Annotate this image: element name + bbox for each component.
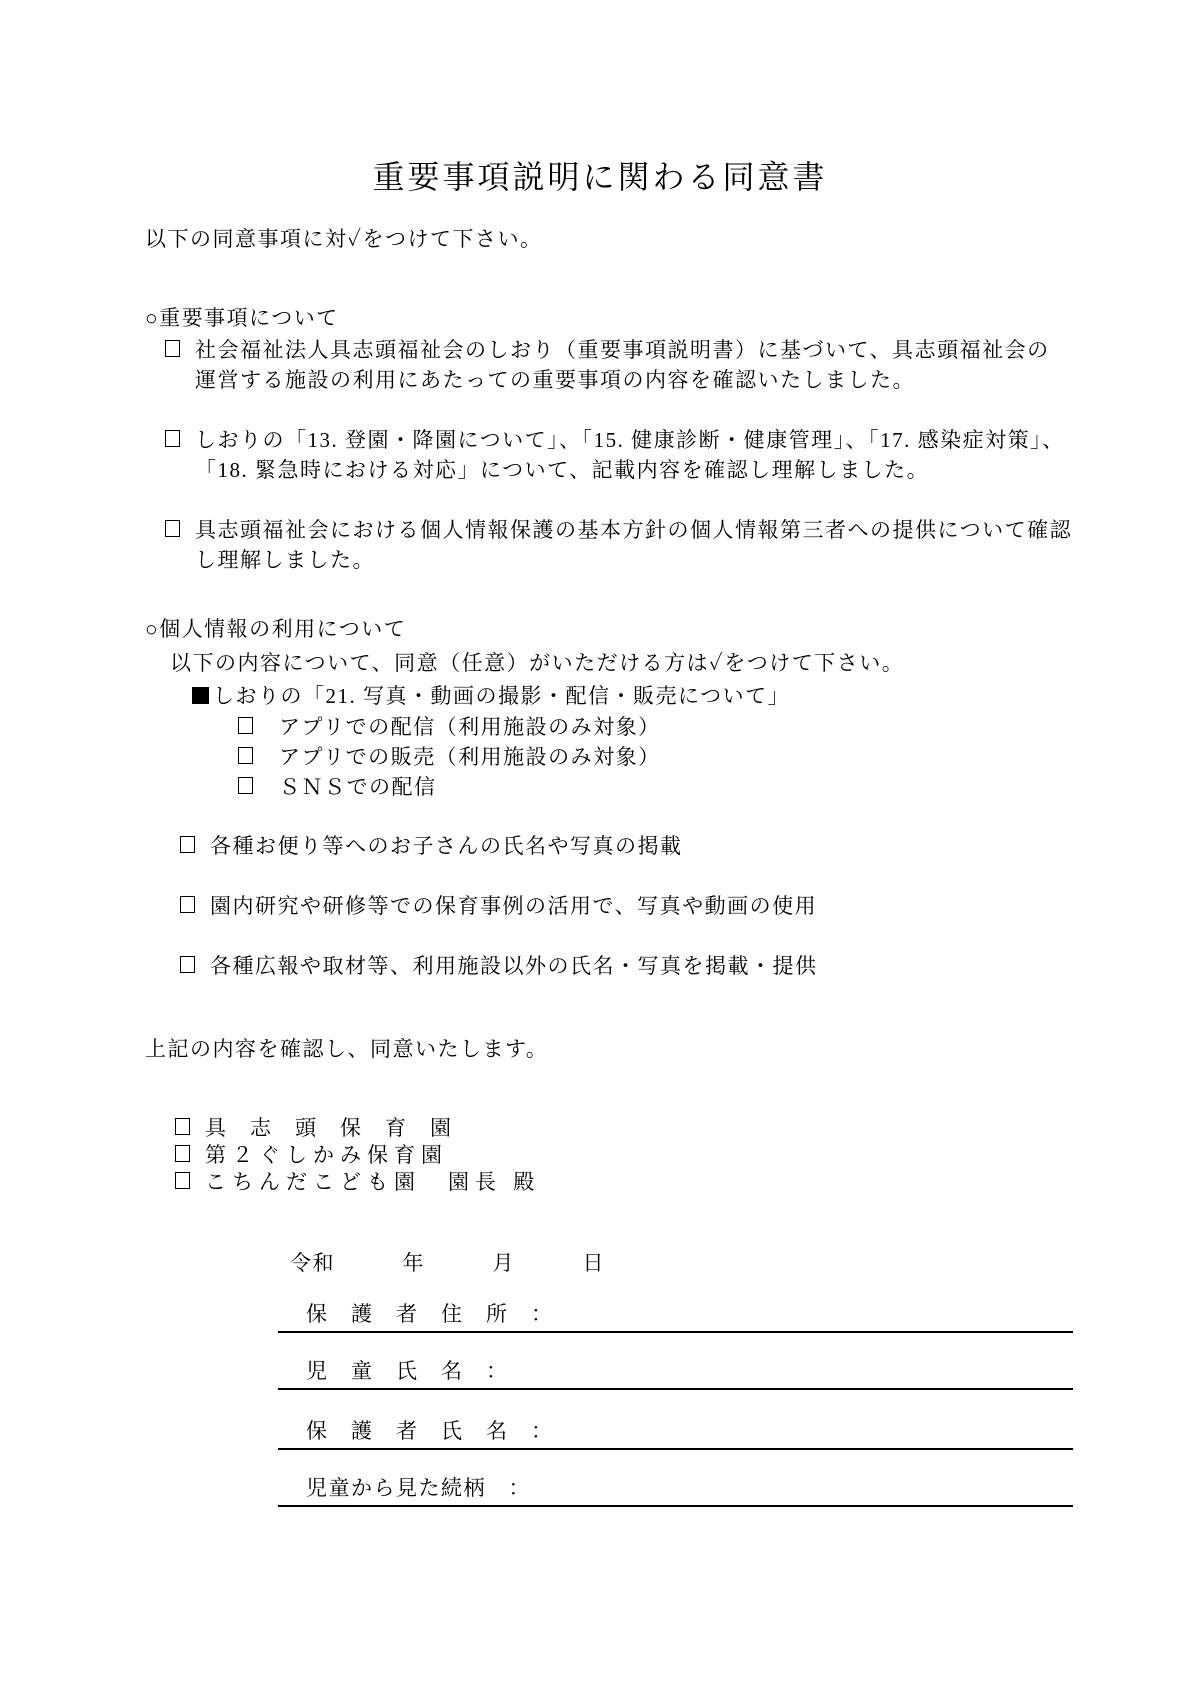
checkbox-label: 園内研究や研修等での保育事例の活用で、写真や動画の使用 [210, 891, 817, 921]
form-title: 重要事項説明に関わる同意書 [0, 152, 1200, 198]
filled-square-bullet-icon [192, 687, 209, 704]
checkbox[interactable] [175, 1172, 190, 1189]
checkbox-label: 各種広報や取材等、利用施設以外の氏名・写真を掲載・提供 [210, 951, 818, 981]
personal-info-instruction: 以下の内容について、同意（任意）がいただける方は✓をつけて下さい。 [170, 648, 904, 678]
checkbox-item-facility-kochinda-kodomoen: こちんだこども園 園長 殿 [175, 1167, 540, 1197]
checkbox[interactable] [238, 777, 253, 794]
checkbox[interactable] [238, 747, 253, 764]
facility-label: こちんだこども園 園長 殿 [205, 1167, 540, 1197]
checkbox-label: 各種お便り等へのお子さんの氏名や写真の掲載 [210, 831, 683, 861]
booklet-reference-label: しおりの「21. 写真・動画の撮影・配信・販売について」 [213, 681, 790, 711]
child-name-field[interactable]: 児 童 氏 名 ： [278, 1356, 1073, 1390]
checkbox-item-privacy-policy: 具志頭福祉会における個人情報保護の基本方針の個人情報第三者への提供について確認 … [165, 515, 1072, 575]
checkbox[interactable] [165, 430, 180, 447]
intro-text: 以下の同意事項に対✓をつけて下さい。 [145, 224, 543, 254]
checkbox[interactable] [165, 340, 180, 357]
checkbox-item-booklet-confirmation: 社会福祉法人具志頭福祉会のしおり（重要事項説明書）に基づいて、具志頭福祉会の 運… [165, 335, 1050, 395]
checkbox[interactable] [175, 1145, 190, 1162]
booklet-reference-line: しおりの「21. 写真・動画の撮影・配信・販売について」 [192, 681, 790, 711]
checkbox-item-app-distribution: アプリでの配信（利用施設のみ対象） [238, 712, 661, 742]
checkbox[interactable] [165, 520, 180, 537]
checkbox-item-sns-distribution: ＳＮＳでの配信 [238, 772, 437, 802]
guardian-name-label: 保 護 者 氏 名 ： [306, 1415, 554, 1445]
checkbox-label: 具志頭福祉会における個人情報保護の基本方針の個人情報第三者への提供について確認 … [195, 515, 1072, 575]
checkbox-item-newsletters: 各種お便り等へのお子さんの氏名や写真の掲載 [180, 831, 683, 861]
checkbox-item-research-training: 園内研究や研修等での保育事例の活用で、写真や動画の使用 [180, 891, 817, 921]
checkbox[interactable] [180, 836, 195, 853]
checkbox-item-facility-dai2-gushikami: 第２ぐしかみ保育園 [175, 1140, 448, 1170]
relationship-to-child-field[interactable]: 児童から見た続柄 ： [278, 1473, 1073, 1507]
section-heading-personal-info: ○個人情報の利用について [145, 614, 406, 644]
relationship-to-child-label: 児童から見た続柄 ： [306, 1472, 531, 1502]
consent-form-page: 重要事項説明に関わる同意書 以下の同意事項に対✓をつけて下さい。 ○重要事項につ… [0, 0, 1200, 1697]
child-name-label: 児 童 氏 名 ： [306, 1355, 509, 1385]
guardian-address-field[interactable]: 保 護 者 住 所 ： [278, 1299, 1073, 1333]
guardian-address-label: 保 護 者 住 所 ： [306, 1298, 554, 1328]
checkbox-label: アプリでの販売（利用施設のみ対象） [279, 742, 661, 772]
guardian-name-field[interactable]: 保 護 者 氏 名 ： [278, 1416, 1073, 1450]
checkbox-item-publicity-media: 各種広報や取材等、利用施設以外の氏名・写真を掲載・提供 [180, 951, 818, 981]
checkbox-label: アプリでの配信（利用施設のみ対象） [279, 712, 661, 742]
section-heading-important-matters: ○重要事項について [145, 303, 339, 333]
agreement-statement: 上記の内容を確認し、同意いたします。 [145, 1034, 548, 1064]
facility-label: 具 志 頭 保 育 園 [205, 1113, 453, 1143]
checkbox[interactable] [238, 717, 253, 734]
checkbox[interactable] [180, 956, 195, 973]
checkbox-item-sections-understood: しおりの「13. 登園・降園について」、「15. 健康診断・健康管理」、「17.… [165, 425, 1065, 485]
checkbox[interactable] [180, 896, 195, 913]
checkbox-label: しおりの「13. 登園・降園について」、「15. 健康診断・健康管理」、「17.… [195, 425, 1065, 485]
checkbox-item-app-sales: アプリでの販売（利用施設のみ対象） [238, 742, 661, 772]
checkbox-item-facility-gushikami-hoikuen: 具 志 頭 保 育 園 [175, 1113, 453, 1143]
checkbox[interactable] [175, 1118, 190, 1135]
date-line: 令和 年 月 日 [290, 1248, 605, 1278]
checkbox-label: ＳＮＳでの配信 [279, 772, 437, 802]
checkbox-label: 社会福祉法人具志頭福祉会のしおり（重要事項説明書）に基づいて、具志頭福祉会の 運… [195, 335, 1050, 395]
facility-label: 第２ぐしかみ保育園 [205, 1140, 448, 1170]
